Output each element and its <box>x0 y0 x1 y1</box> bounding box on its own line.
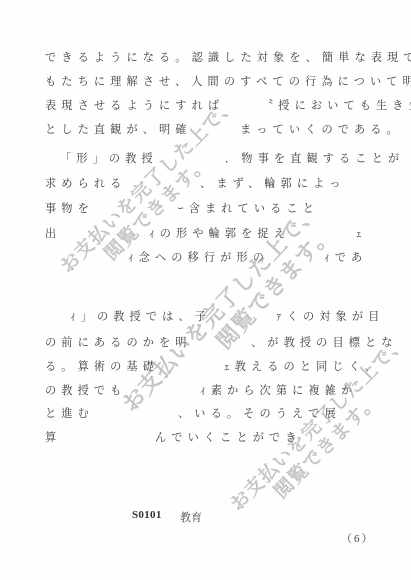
text-segment: る。算術の基礎 <box>45 359 159 375</box>
text-segment: ｪ <box>356 226 367 242</box>
text-segment: の教授でも <box>45 383 126 399</box>
text-segment: ｨであ <box>324 250 367 266</box>
text-line: とした直観が、明確 まっていくのである。 <box>0 122 411 138</box>
text-segment: 〝授においても生き生き <box>262 98 411 114</box>
text-segment: んでいくことができ <box>155 430 302 446</box>
text-segment: とした直観が、明確 <box>45 122 192 138</box>
text-segment: ｨの形や輪郭を捉え <box>149 226 290 242</box>
text-segment: 算 <box>45 430 61 446</box>
page-number: （6） <box>341 530 375 546</box>
text-segment: 求められる <box>45 176 126 192</box>
text-line: 表現させるようにすれば 〝授においても生き生き <box>0 98 411 114</box>
text-line: 算 んでいくことができ <box>0 430 411 446</box>
text-segment: の前にあるのかを明 <box>45 335 192 351</box>
text-line: もたちに理解させ、人間のすべての行為について明確に <box>0 74 411 90</box>
text-line: る。算術の基礎 ｪ教えるのと同じく、 <box>0 359 411 375</box>
text-line: の前にあるのかを明 、が教授の目標とな <box>0 335 411 351</box>
text-segment: できるようになる。認識した対象を、簡単な表現で子ど <box>45 50 411 66</box>
text-line: と進む 、いる。そのうえで展 <box>0 406 411 422</box>
text-segment: 出 <box>45 226 61 242</box>
text-segment: 、まず、輪郭によっ <box>200 176 346 192</box>
text-line: の教授でも ｨ素から次第に複雑か <box>0 383 411 399</box>
document-title: 教育 <box>180 509 202 525</box>
text-segment: ｧくの対象が目 <box>276 309 384 325</box>
text-line: ｨ」の教授では、子 ｧくの対象が目 <box>0 309 411 325</box>
text-line: 事物を ｰ含まれていること <box>0 201 411 217</box>
text-line: 出 ｨの形や輪郭を捉え ｪ <box>0 226 411 242</box>
document-code: S0101 <box>132 509 162 521</box>
text-segment: ｨ」の教授では、子 <box>70 309 211 325</box>
text-segment: 、が教授の目標とな <box>251 335 398 351</box>
text-segment: ．物事を直観することが <box>225 151 404 167</box>
text-segment: 「形」の教授 <box>60 151 158 167</box>
text-segment: まっていくのである。 <box>240 122 403 138</box>
text-segment: 表現させるようにすれば <box>45 98 224 114</box>
text-segment: 事物を <box>45 201 94 217</box>
document-page: できるようになる。認識した対象を、簡単な表現で子ど もたちに理解させ、人間のすべ… <box>0 0 411 580</box>
text-segment: と進む <box>45 406 94 422</box>
text-segment: もたちに理解させ、人間のすべての行為について明確に <box>45 74 411 90</box>
text-segment: 、いる。そのうえで展 <box>178 406 341 422</box>
text-segment: ｨ念への移行が形の <box>128 250 269 266</box>
text-segment: ｨ素から次第に複雑か <box>200 383 357 399</box>
text-line: できるようになる。認識した対象を、簡単な表現で子ど <box>0 50 411 66</box>
text-segment: ｰ含まれていること <box>178 201 319 217</box>
text-segment: ｪ教えるのと同じく、 <box>224 359 381 375</box>
text-line: 求められる 、まず、輪郭によっ <box>0 176 411 192</box>
text-line: 「形」の教授 ．物事を直観することが <box>0 151 411 167</box>
text-line: ｨ念への移行が形の ｨであ <box>0 250 411 266</box>
